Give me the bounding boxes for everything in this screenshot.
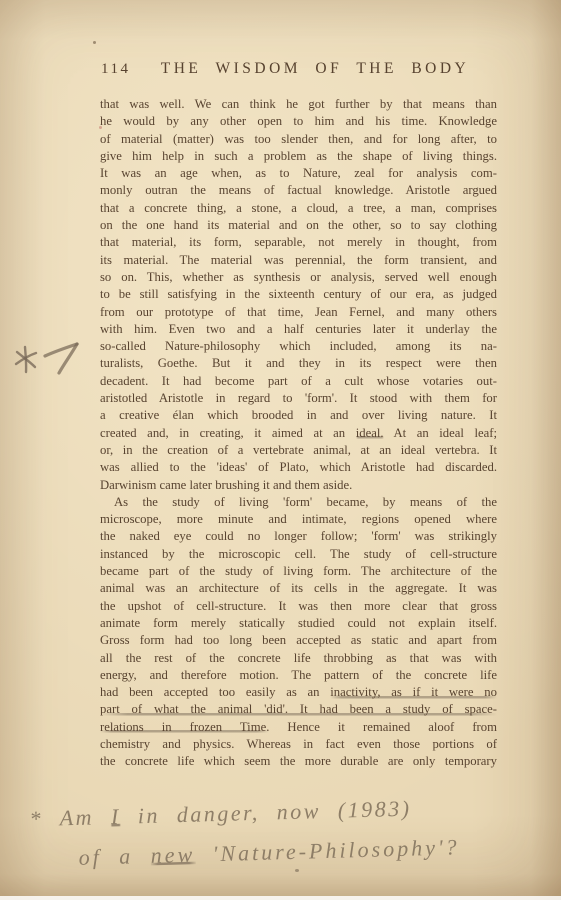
- text-segment: Darwinism came later brushing it and the…: [100, 478, 352, 492]
- text-line: all the rest of the concrete life throbb…: [100, 650, 497, 667]
- text-line: had been accepted too easily as an inact…: [100, 684, 497, 701]
- body-text: that was well. We can think he got furth…: [100, 96, 497, 771]
- text-line: microscope, more minute and intimate, re…: [100, 511, 497, 528]
- text-line: so on. This, whether as synthesis or ana…: [100, 269, 497, 286]
- text-line: the upshot of cell-structure. It was the…: [100, 598, 497, 615]
- text-line: with him. Even two and a half centuries …: [100, 321, 497, 338]
- text-segment: energy, and therefore motion. The patter…: [100, 668, 497, 682]
- text-segment: It was an age when, as to Nature, zeal f…: [100, 166, 497, 180]
- text-line: the concrete life which seem the more du…: [100, 753, 497, 770]
- text-segment: that was well. We can think he got furth…: [100, 97, 497, 111]
- text-line: instanced by the microscopic cell. The s…: [100, 546, 497, 563]
- text-segment: to be still satisfying in the sixteenth …: [100, 287, 497, 301]
- text-line: so-called Nature-philosophy which includ…: [100, 338, 497, 355]
- text-segment: was allied to the 'ideas' of Plato, whic…: [100, 460, 497, 474]
- text-line: energy, and therefore motion. The patter…: [100, 667, 497, 684]
- text-segment: a creative élan which brooded in and ove…: [100, 408, 497, 422]
- text-segment: microscope, more minute and intimate, re…: [100, 512, 497, 526]
- text-segment: so on. This, whether as synthesis or ana…: [100, 270, 497, 284]
- text-segment: instanced by the microscopic cell. The s…: [100, 547, 497, 561]
- text-segment: the naked eye could no longer follow; 'f…: [100, 529, 497, 543]
- text-segment: that a concrete thing, a stone, a cloud,…: [100, 201, 497, 215]
- text-segment: had been accepted too easily as an: [100, 685, 330, 699]
- text-line: to be still satisfying in the sixteenth …: [100, 286, 497, 303]
- text-line: that a concrete thing, a stone, a cloud,…: [100, 200, 497, 217]
- margin-pencil-marks: [12, 334, 112, 386]
- text-segment: give him help in such a problem as the s…: [100, 149, 497, 163]
- text-line: relations in frozen Time. Hence it remai…: [100, 719, 497, 736]
- text-line: It was an age when, as to Nature, zeal f…: [100, 165, 497, 182]
- text-segment: aristotled Aristotle in regard to 'form'…: [100, 391, 497, 405]
- text-line: animal was an architecture of its cells …: [100, 580, 497, 597]
- text-segment: of material (matter) was too slender the…: [100, 132, 497, 146]
- text-segment: on the one hand its material and on the …: [100, 218, 497, 232]
- text-line: on the one hand its material and on the …: [100, 217, 497, 234]
- text-line: of material (matter) was too slender the…: [100, 131, 497, 148]
- text-line: or, in the creation of a vertebrate anim…: [100, 442, 497, 459]
- text-line: chemistry and physics. Whereas in fact e…: [100, 736, 497, 753]
- text-line: aristotled Aristotle in regard to 'form'…: [100, 390, 497, 407]
- text-segment: with him. Even two and a half centuries …: [100, 322, 497, 336]
- text-segment: in danger, now (1983): [120, 796, 411, 829]
- text-segment: animate form merely statically studied c…: [100, 616, 497, 630]
- paper-speck: [93, 41, 96, 44]
- text-segment: 'Nature-Philosophy'?: [195, 834, 460, 866]
- pencil-underlined-text: ideal.: [356, 426, 384, 440]
- text-line: animate form merely statically studied c…: [100, 615, 497, 632]
- text-line: Darwinism came later brushing it and the…: [100, 477, 497, 494]
- paper-speck: [99, 126, 102, 129]
- text-segment: that material, its form, separable, not …: [100, 235, 497, 249]
- text-segment: decadent. It had become part of a cult w…: [100, 374, 497, 388]
- text-segment: animal was an architecture of its cells …: [100, 581, 497, 595]
- text-segment: its material. The material was perennial…: [100, 253, 497, 267]
- pencil-underlined-text: relations in frozen Time.: [100, 720, 269, 734]
- text-segment: became part of the study of living form.…: [100, 564, 497, 578]
- text-line: turalists, Goethe. But it and they in it…: [100, 355, 497, 372]
- text-segment: or, in the creation of a vertebrate anim…: [100, 443, 497, 457]
- text-line: Gross form had too long been accepted as…: [100, 632, 497, 649]
- text-line: from our prototype of that time, Jean Fe…: [100, 304, 497, 321]
- text-line: monly outran the means of factual knowle…: [100, 182, 497, 199]
- text-segment: turalists, Goethe. But it and they in it…: [100, 356, 497, 370]
- text-segment: Hence it remained aloof from: [269, 720, 497, 734]
- pencil-asterisk-icon: [16, 347, 36, 372]
- text-line: decadent. It had become part of a cult w…: [100, 373, 497, 390]
- text-segment: chemistry and physics. Whereas in fact e…: [100, 737, 497, 751]
- text-segment: the concrete life which seem the more du…: [100, 754, 497, 768]
- text-line: that material, its form, separable, not …: [100, 234, 497, 251]
- text-line: was allied to the 'ideas' of Plato, whic…: [100, 459, 497, 476]
- pencil-dot: [295, 869, 299, 872]
- book-page-photo: 114 THE WISDOM OF THE BODY that was well…: [0, 0, 561, 900]
- text-segment: all the rest of the concrete life throbb…: [100, 651, 497, 665]
- text-line: its material. The material was perennial…: [100, 252, 497, 269]
- text-segment: created and, in creating, it aimed at an: [100, 426, 356, 440]
- text-line: he would by any other open to him and hi…: [100, 113, 497, 130]
- text-segment: of a: [78, 843, 151, 870]
- text-segment: At an ideal leaf;: [384, 426, 497, 440]
- pencil-underlined-text: part of what the animal 'did'. It had be…: [100, 702, 497, 716]
- text-segment: the upshot of cell-structure. It was the…: [100, 599, 497, 613]
- pencil-underlined-text: new: [150, 842, 195, 868]
- text-line: that was well. We can think he got furth…: [100, 96, 497, 113]
- text-line: the naked eye could no longer follow; 'f…: [100, 528, 497, 545]
- text-segment: monly outran the means of factual knowle…: [100, 183, 497, 197]
- text-line: As the study of living 'form' became, by…: [100, 494, 497, 511]
- text-line: became part of the study of living form.…: [100, 563, 497, 580]
- text-segment: he would by any other open to him and hi…: [100, 114, 497, 128]
- text-segment: Gross form had too long been accepted as…: [100, 633, 497, 647]
- text-segment: As the study of living 'form' became, by…: [114, 495, 497, 509]
- pencil-underlined-text: inactivity, as if it were no: [330, 685, 497, 699]
- text-line: part of what the animal 'did'. It had be…: [100, 701, 497, 718]
- handwritten-note: * Am I in danger, now (1983)of a new 'Na…: [29, 785, 551, 879]
- text-segment: from our prototype of that time, Jean Fe…: [100, 305, 497, 319]
- text-line: a creative élan which brooded in and ove…: [100, 407, 497, 424]
- text-line: give him help in such a problem as the s…: [100, 148, 497, 165]
- text-segment: so-called Nature-philosophy which includ…: [100, 339, 497, 353]
- text-line: created and, in creating, it aimed at an…: [100, 425, 497, 442]
- pencil-arrow-icon: [45, 344, 77, 373]
- text-segment: * Am: [29, 804, 111, 831]
- running-title: THE WISDOM OF THE BODY: [120, 60, 510, 78]
